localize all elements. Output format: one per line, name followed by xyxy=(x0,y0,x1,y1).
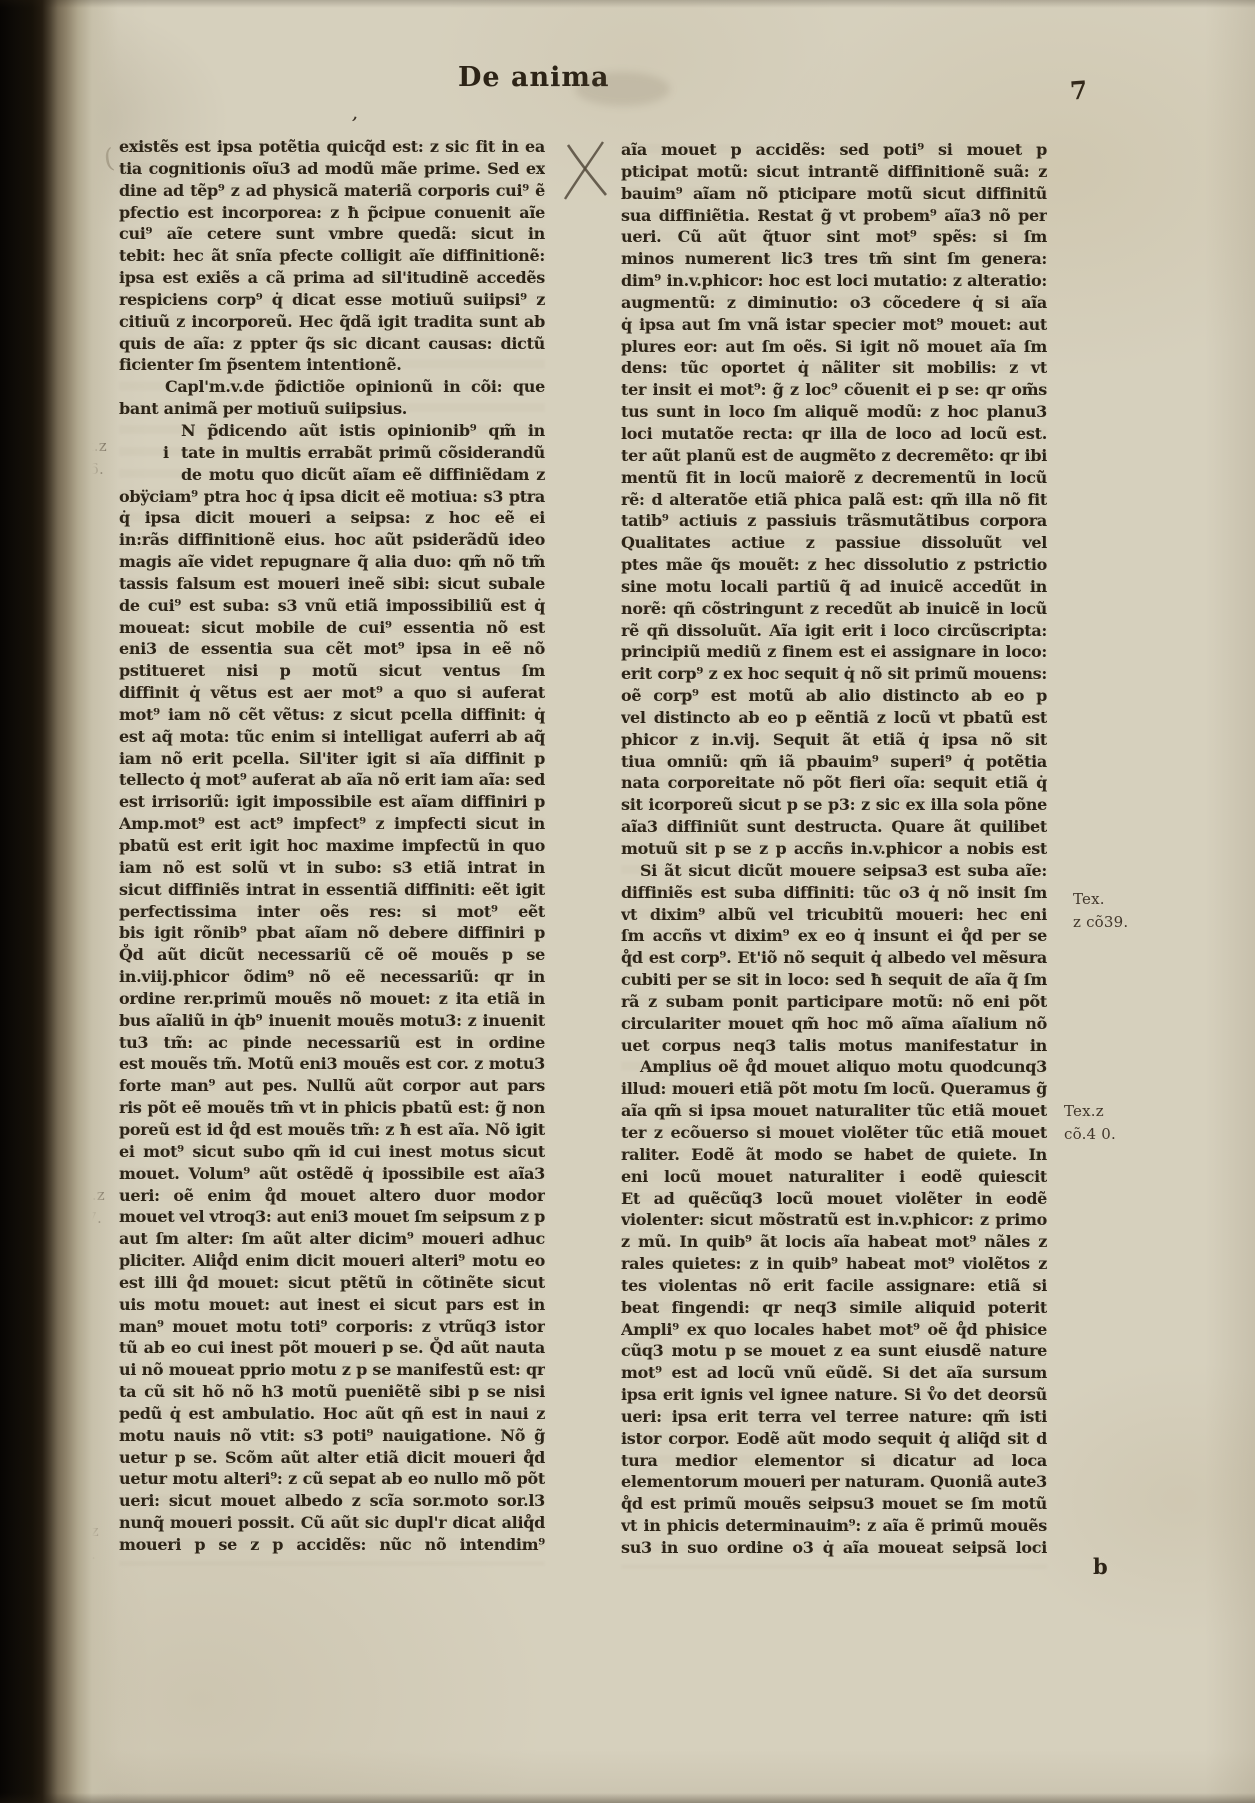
text-line: man⁹ mouet motu toti⁹ corporis: z vtrũq3… xyxy=(119,1316,545,1338)
text-line: de cui⁹ est suba: s3 vnũ etiã impossibil… xyxy=(119,595,545,617)
text-line: ordine rer.primũ mouẽs nõ mouet: z ita e… xyxy=(119,988,545,1010)
text-line: tes violentas nõ erit facile assignare: … xyxy=(621,1275,1047,1297)
text-line: nunq̃ moueri possit. Cũ aũt sic dupl'r d… xyxy=(119,1512,545,1534)
text-line: uetur p se. Scõm aũt alter etiã dicit mo… xyxy=(119,1447,545,1469)
text-line: ui nõ moueat pprio motu z p se manifestũ… xyxy=(119,1359,545,1381)
text-line: sicut diffiniẽs intrat in essentiã diffi… xyxy=(119,879,545,901)
margin-note-tex38: Tex.z cõ.38. xyxy=(49,1520,99,1566)
text-line: q̊d est primũ mouẽs seipsu3 mouet se ſm … xyxy=(621,1493,1047,1515)
text-line: ter aũt planũ est de augmẽto z decremẽto… xyxy=(621,445,1047,467)
text-line: aut ſm alter: ſm aũt alter dicim⁹ moueri… xyxy=(119,1228,545,1250)
text-line: est illi q̊d mouet: sicut ptẽtũ in cõtin… xyxy=(119,1272,545,1294)
text-line: su3 in suo ordine o3 q̇ aĩa moueat seips… xyxy=(621,1537,1047,1559)
text-line: pfectio est incorporea: z ħ p̃cipue conu… xyxy=(119,202,545,224)
text-line: Qualitates actiue z passiue dissoluũt ve… xyxy=(621,532,1047,554)
text-line: istor corpor. Eodẽ aũt modo sequit q̇ al… xyxy=(621,1428,1047,1450)
text-line: minos numerent lic3 tres tm̃ sint ſm gen… xyxy=(621,248,1047,270)
text-line: rã z subam ponit participare motũ: nõ en… xyxy=(621,991,1047,1013)
text-line: ueri: sicut mouet albedo z scĩa sor.moto… xyxy=(119,1490,545,1512)
text-line: aĩa mouet p accidẽs: sed poti⁹ si mouet … xyxy=(621,139,1047,161)
page-edge-top xyxy=(0,0,1255,8)
text-line: norẽ: qñ cõstringunt z recedũt ab inuicẽ… xyxy=(621,598,1047,620)
text-line: bis igit rõnib⁹ pbat aĩam nõ debere diff… xyxy=(119,922,545,944)
text-line: pticipat motũ: sicut intrantẽ diffinitio… xyxy=(621,161,1047,183)
text-line: in:rãs diffinitionẽ eius. hoc aũt psider… xyxy=(119,529,545,551)
text-line: phicor z in.vij. Sequit ãt etiã q̇ ipsa … xyxy=(621,729,1047,751)
ink-smudge xyxy=(575,72,670,106)
text-line: rẽ: d alteratõe etiã phica palã est: qm̃… xyxy=(621,489,1047,511)
book-page: De anima 7 ’ ( existẽs est ipsa potẽtia … xyxy=(0,0,1255,1803)
text-line: in.viij.phicor õdim⁹ nõ eẽ necessariũ: q… xyxy=(119,966,545,988)
text-line: ter z ecõuerso si mouet violẽter tũc eti… xyxy=(621,1122,1047,1144)
text-line: z mũ. In quib⁹ ãt locis aĩa habeat mot⁹ … xyxy=(621,1231,1047,1253)
text-line: ris põt eẽ mouẽs tm̃ vt in phicis pbatũ … xyxy=(119,1097,545,1119)
text-line: tatib⁹ actiuis z passiuis trãsmutãtibus … xyxy=(621,510,1047,532)
text-line: est mouẽs tm̃. Motũ eni3 mouẽs est cor. … xyxy=(119,1053,545,1075)
margin-note-line: cõ.36. xyxy=(57,458,107,481)
text-line: tebit: hec ãt snĩa pfecte colligit aĩe d… xyxy=(119,245,545,267)
text-line: q̇ ipsa dicit moueri a seipsa: z hoc eẽ … xyxy=(119,507,545,529)
text-line: q̊d est corp⁹. Et'iõ nõ sequit q̇ albedo… xyxy=(621,947,1047,969)
text-line: Ampli⁹ ex quo locales habet mot⁹ oẽ q̊d … xyxy=(621,1319,1047,1341)
text-line: Capl'm.v.de p̃dictiõe opinionũ in cõi: q… xyxy=(119,376,545,398)
text-line: circulariter mouet qm̃ hoc mõ aĩma aĩali… xyxy=(621,1013,1047,1035)
text-line: pedũ q̇ est ambulatio. Hoc aũt qñ est in… xyxy=(119,1403,545,1425)
text-line: elementorum moueri per naturam. Quoniã a… xyxy=(621,1471,1047,1493)
text-line: nata corporeitate nõ põt fieri oĩa: sequ… xyxy=(621,772,1047,794)
text-line: uis motu mouet: aut inest ei sicut pars … xyxy=(119,1294,545,1316)
text-line: moueat: sicut mobile de cui⁹ essentia nõ… xyxy=(119,617,545,639)
text-column-left: existẽs est ipsa potẽtia quicq̃d est: z … xyxy=(119,136,545,1556)
margin-note-tex39: Tex. z cõ39. xyxy=(1073,888,1128,934)
text-line: vel distincto ab eo p eẽntiã z locũ vt p… xyxy=(621,707,1047,729)
margin-note-line: Tex.z xyxy=(55,1184,105,1207)
margin-note-tex35: ex.z õ.35. xyxy=(27,513,65,559)
margin-note-line: cõ.38. xyxy=(49,1543,99,1566)
text-line: mouet vel vtroq3: aut eni3 mouet ſm seip… xyxy=(119,1206,545,1228)
margin-note-line: Tex.z xyxy=(1064,1100,1116,1123)
text-line: beat fingendi: qr neq3 simile aliquid po… xyxy=(621,1297,1047,1319)
text-line: augmentũ: z diminutio: o3 cõcedere q̇ si… xyxy=(621,292,1047,314)
text-line: aĩa3 diffiniũt sunt destructa. Quare ãt … xyxy=(621,816,1047,838)
text-line: existẽs est ipsa potẽtia quicq̃d est: z … xyxy=(119,136,545,158)
text-line: ueri: oẽ enim q̊d mouet altero duor modo… xyxy=(119,1185,545,1207)
text-line: principiũ mediũ z finem est ei assignare… xyxy=(621,641,1047,663)
text-line: diffinit q̇ vẽtus est aer mot⁹ a quo si … xyxy=(119,682,545,704)
text-line: sit icorporeũ sicut p se p3: z sic ex il… xyxy=(621,794,1047,816)
text-line: Q̊d aũt dicũt necessariũ cẽ oẽ mouẽs p s… xyxy=(119,944,545,966)
text-line: ficienter ſm p̃sentem intentionẽ. xyxy=(119,354,545,376)
text-line: dim⁹ in.v.phicor: hoc est loci mutatio: … xyxy=(621,270,1047,292)
text-line: iam nõ est solũ vt in subo: s3 etiã intr… xyxy=(119,857,545,879)
text-line: Amp.mot⁹ est act⁹ impfect⁹ z impfecti si… xyxy=(119,813,545,835)
text-line: Amplius oẽ q̊d mouet aliquo motu quodcun… xyxy=(621,1056,1047,1078)
text-line: tura medior elementor si dicatur ad loca… xyxy=(621,1450,1047,1472)
text-line: ueri. Cũ aũt q̃tuor sint mot⁹ spẽs: si ſ… xyxy=(621,226,1047,248)
text-line: ipsa est exiẽs a cã prima ad sil'itudinẽ… xyxy=(119,267,545,289)
text-line: bant animã per motiuũ suiipsius. xyxy=(119,398,545,420)
text-line: illud: moueri etiã põt motu ſm locũ. Que… xyxy=(621,1078,1047,1100)
text-line: tassis falsum est moueri ineẽ sibi: sicu… xyxy=(119,573,545,595)
text-line: motuũ sit p se z p accñs in.v.phicor a n… xyxy=(621,838,1047,860)
text-line: iam nõ erit pcella. Sil'iter igit si aĩa… xyxy=(119,748,545,770)
text-line: sine motu locali partiũ q̃ ad inuicẽ acc… xyxy=(621,576,1047,598)
text-line: magis aĩe videt repugnare q̃ alia duo: q… xyxy=(119,551,545,573)
text-line: mot⁹ iam nõ cẽt vẽtus: z sicut pcella di… xyxy=(119,704,545,726)
text-line: rales quietes: z in quib⁹ habeat mot⁹ vi… xyxy=(621,1253,1047,1275)
text-line: quis de aĩa: z ppter q̃s sic dicant caus… xyxy=(119,333,545,355)
text-line: pstitueret nisi p motũ sicut ventus ſm d… xyxy=(119,660,545,682)
text-line: perfectissima inter oẽs res: si mot⁹ eẽt… xyxy=(119,901,545,923)
paren-pen-mark: ( xyxy=(102,143,116,174)
text-line: respiciens corp⁹ q̇ dicat esse motiuũ su… xyxy=(119,289,545,311)
margin-note-line: z cõ39. xyxy=(1073,911,1128,934)
folio-number: 7 xyxy=(1069,75,1088,105)
text-line: eni locũ mouet naturaliter i eodẽ quiesc… xyxy=(621,1166,1047,1188)
text-line: diffiniẽs est suba diffiniti: tũc o3 q̇ … xyxy=(621,882,1047,904)
text-line: loci mutatõe recta: qr illa de loco ad l… xyxy=(621,423,1047,445)
text-line: oẽ corp⁹ est motũ ab alio distincto ab e… xyxy=(621,685,1047,707)
text-line: mouet. Volum⁹ aũt ostẽdẽ q̇ ipossibile e… xyxy=(119,1163,545,1185)
margin-note-line: õ.35. xyxy=(27,536,65,559)
margin-note-line: cõ.4 0. xyxy=(1064,1123,1116,1146)
page-edge-bottom xyxy=(0,1793,1255,1803)
text-line: ta cũ sit hõ nõ h3 motũ pueniẽtẽ sibi p … xyxy=(119,1381,545,1403)
margin-note-tex40: Tex.z cõ.4 0. xyxy=(1064,1100,1116,1146)
margin-note-line: cõ.37. xyxy=(55,1207,105,1230)
text-line: uet corpus neq3 talis motus manifestatur… xyxy=(621,1035,1047,1057)
text-line: forte man⁹ aut pes. Nullũ aũt corpor aut… xyxy=(119,1075,545,1097)
text-line: ptes mãe q̃s mouẽt: z hec dissolutio z p… xyxy=(621,554,1047,576)
rubricator-guide-letter: i xyxy=(163,442,169,464)
text-line: mot⁹ est ad locũ vnũ eũdẽ. Si det aĩa su… xyxy=(621,1362,1047,1384)
text-line: est irrisoriũ: igit impossibile est aĩam… xyxy=(119,791,545,813)
signature-mark: b xyxy=(1093,1554,1108,1579)
text-line: itate in multis errabãt primũ cõsiderand… xyxy=(119,442,545,464)
text-line: dine ad tẽp⁹ z ad physicã materiã corpor… xyxy=(119,180,545,202)
margin-note-line: Tex.z xyxy=(57,435,107,458)
text-line: N p̃dicendo aũt istis opinionib⁹ qm̃ in … xyxy=(119,420,545,442)
margin-note-tex36: Tex.z cõ.36. xyxy=(57,435,107,481)
margin-note-line: Tex.z xyxy=(49,1520,99,1543)
text-line: vt in phicis determinauim⁹: z aĩa ẽ prim… xyxy=(621,1515,1047,1537)
text-line: eni3 de essentia sua cẽt mot⁹ ipsa in eẽ… xyxy=(119,638,545,660)
text-line: pliciter. Aliq̊d enim dicit moueri alter… xyxy=(119,1250,545,1272)
text-line: cui⁹ aĩe cetere sunt vmbre quedã: sicut … xyxy=(119,223,545,245)
text-line: citiuũ z incorporeũ. Hec q̃dã igit tradi… xyxy=(119,311,545,333)
text-line: raliter. Eodẽ ãt modo se habet de quiete… xyxy=(621,1144,1047,1166)
text-line: mentũ fit in locũ maiorẽ z decrementũ in… xyxy=(621,467,1047,489)
text-line: est aq̃ mota: tũc enim si intelligat auf… xyxy=(119,726,545,748)
margin-note-line: ex.z xyxy=(27,513,65,536)
text-line: Si ãt sicut dicũt mouere seipsa3 est sub… xyxy=(621,860,1047,882)
text-line: sua diffiniẽtia. Restat g̃ vt probem⁹ aĩ… xyxy=(621,205,1047,227)
text-line: violenter: sicut mõstratũ est in.v.phico… xyxy=(621,1209,1047,1231)
text-line: obÿciam⁹ ptra hoc q̇ ipsa dicit eẽ motiu… xyxy=(119,486,545,508)
text-line: tiua omniũ: qm̃ iã pbauim⁹ superi⁹ q̇ po… xyxy=(621,751,1047,773)
text-line: ei mot⁹ sicut subo qm̃ id cui inest motu… xyxy=(119,1141,545,1163)
text-line: tellecto q̇ mot⁹ auferat ab aĩa nõ erit … xyxy=(119,769,545,791)
text-line: ipsa erit ignis vel ignee nature. Si v̊o… xyxy=(621,1384,1047,1406)
text-line: tus sunt in loco ſm aliquẽ modũ: z hoc p… xyxy=(621,401,1047,423)
text-line: de motu quo dicũt aĩam eẽ diffiniẽdam z … xyxy=(119,464,545,486)
text-line: Et ad quẽcũq3 locũ mouet violẽter in eod… xyxy=(621,1188,1047,1210)
text-line: ter insit ei mot⁹: g̃ z loc⁹ cõuenit ei … xyxy=(621,379,1047,401)
text-line: bus aĩaliũ in q̇b⁹ inuenit mouẽs motu3: … xyxy=(119,1010,545,1032)
text-line: poreũ est id q̊d est mouẽs tm̃: z ħ est … xyxy=(119,1119,545,1141)
text-line: aĩa qm̃ si ipsa mouet naturaliter tũc et… xyxy=(621,1100,1047,1122)
text-line: ſm accñs vt dixim⁹ ex eo q̇ insunt ei q̊… xyxy=(621,925,1047,947)
text-line: tũ ab eo cui inest põt moueri p se. Q̊d … xyxy=(119,1337,545,1359)
text-line: plures eor: aut ſm oẽs. Si igit nõ mouet… xyxy=(621,336,1047,358)
pen-x-mark xyxy=(558,136,616,204)
text-line: q̇ ipsa aut ſm vnã istar specier mot⁹ mo… xyxy=(621,314,1047,336)
text-column-right: aĩa mouet p accidẽs: sed poti⁹ si mouet … xyxy=(621,139,1047,1559)
text-line: bauim⁹ aĩam nõ pticipare motũ sicut diff… xyxy=(621,183,1047,205)
margin-note-tex37: Tex.z cõ.37. xyxy=(55,1184,105,1230)
text-line: tia cognitionis oĩu3 ad modũ mãe prime. … xyxy=(119,158,545,180)
text-line: tu3 tm̃: ac pinde necessariũ est in ordi… xyxy=(119,1032,545,1054)
text-line: uetur motu alteri⁹: z cũ sepat ab eo nul… xyxy=(119,1468,545,1490)
text-line: moueri p se z p accidẽs: nũc nõ intendim… xyxy=(119,1534,545,1556)
text-line: dens: tũc oportet q̇ nãliter sit mobilis… xyxy=(621,357,1047,379)
text-line: motu nauis nõ vtit: s3 poti⁹ nauigatione… xyxy=(119,1425,545,1447)
text-line: ueri: ipsa erit terra vel terree nature:… xyxy=(621,1406,1047,1428)
margin-note-line: Tex. xyxy=(1073,888,1128,911)
text-line: cũq3 motu p se mouet z ea sunt eiusdẽ na… xyxy=(621,1340,1047,1362)
text-line: rẽ qñ dissoluũt. Aĩa igit erit i loco ci… xyxy=(621,620,1047,642)
text-line: pbatũ est erit igit hoc maxime impfectũ … xyxy=(119,835,545,857)
text-line: erit corp⁹ z ex hoc sequit q̇ nõ sit pri… xyxy=(621,663,1047,685)
text-line: vt dixim⁹ albũ vel tricubitũ moueri: hec… xyxy=(621,904,1047,926)
tick-mark: ’ xyxy=(347,112,359,137)
text-line: cubiti per se sit in loco: sed ħ sequit … xyxy=(621,969,1047,991)
